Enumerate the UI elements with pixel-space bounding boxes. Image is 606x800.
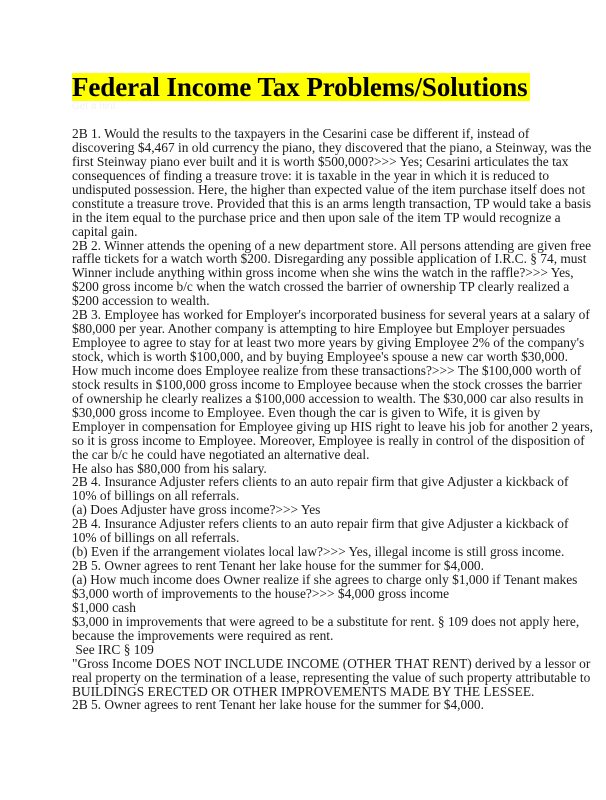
- body-line: 10% of billings on all referrals.: [72, 489, 542, 503]
- body-line: 2B 5. Owner agrees to rent Tenant her la…: [72, 559, 542, 573]
- body-line: first Steinway piano ever built and it i…: [72, 155, 542, 169]
- body-line: Employer in compensation for Employee gi…: [72, 420, 542, 434]
- body-line: stock, which is worth $100,000, and by b…: [72, 350, 542, 364]
- body-line: (a) Does Adjuster have gross income?>>> …: [72, 503, 542, 517]
- page-title: Federal Income Tax Problems/Solutions: [72, 73, 530, 101]
- body-line: raffle tickets for a watch worth $200. D…: [72, 252, 542, 266]
- body-line: 2B 4. Insurance Adjuster refers clients …: [72, 517, 542, 531]
- body-line: "Gross Income DOES NOT INCLUDE INCOME (O…: [72, 657, 542, 671]
- body-line: $3,000 worth of improvements to the hous…: [72, 587, 542, 601]
- body-line: Employee to agree to stay for at least t…: [72, 336, 542, 350]
- body-line: in the item equal to the purchase price …: [72, 211, 542, 225]
- body-line: $1,000 cash: [72, 601, 542, 615]
- body-line: 2B 2. Winner attends the opening of a ne…: [72, 239, 542, 253]
- body-line: so it is gross income to Employee. Moreo…: [72, 434, 542, 448]
- body-line: (a) How much income does Owner realize i…: [72, 573, 542, 587]
- body-line: constitute a treasure trove. Provided th…: [72, 197, 542, 211]
- body-line: Winner include anything within gross inc…: [72, 266, 542, 280]
- body-line: $80,000 per year. Another company is att…: [72, 322, 542, 336]
- body-line: See IRC § 109: [72, 643, 542, 657]
- body-line: BUILDINGS ERECTED OR OTHER IMPROVEMENTS …: [72, 685, 542, 699]
- body-line: consequences of finding a treasure trove…: [72, 169, 542, 183]
- body-line: capital gain.: [72, 225, 542, 239]
- document-body: 2B 1. Would the results to the taxpayers…: [72, 127, 542, 712]
- body-line: because the improvements were required a…: [72, 629, 542, 643]
- body-line: How much income does Employee realize fr…: [72, 364, 542, 378]
- body-line: discovering $4,467 in old currency the p…: [72, 141, 542, 155]
- body-line: 10% of billings on all referrals.: [72, 531, 542, 545]
- body-line: the car b/c he could have negotiated an …: [72, 448, 542, 462]
- body-line: stock results in $100,000 gross income t…: [72, 378, 542, 392]
- body-line: 2B 3. Employee has worked for Employer's…: [72, 308, 542, 322]
- body-line: of ownership he clearly realizes a $100,…: [72, 392, 542, 406]
- body-line: $30,000 gross income to Employee. Even t…: [72, 406, 542, 420]
- body-line: $3,000 in improvements that were agreed …: [72, 615, 542, 629]
- title-block: Federal Income Tax Problems/Solutions: [72, 73, 530, 101]
- body-line: (b) Even if the arrangement violates loc…: [72, 545, 542, 559]
- body-line: undisputed possession. Here, the higher …: [72, 183, 542, 197]
- document-page: Federal Income Tax Problems/Solutions Ge…: [0, 0, 606, 800]
- body-line: He also has $80,000 from his salary.: [72, 462, 542, 476]
- body-line: 2B 5. Owner agrees to rent Tenant her la…: [72, 698, 542, 712]
- body-line: $200 accession to wealth.: [72, 294, 542, 308]
- body-line: real property on the termination of a le…: [72, 671, 542, 685]
- body-line: $200 gross income b/c when the watch cro…: [72, 280, 542, 294]
- hint-link[interactable]: Get a hint: [72, 101, 115, 113]
- body-line: 2B 1. Would the results to the taxpayers…: [72, 127, 542, 141]
- body-line: 2B 4. Insurance Adjuster refers clients …: [72, 475, 542, 489]
